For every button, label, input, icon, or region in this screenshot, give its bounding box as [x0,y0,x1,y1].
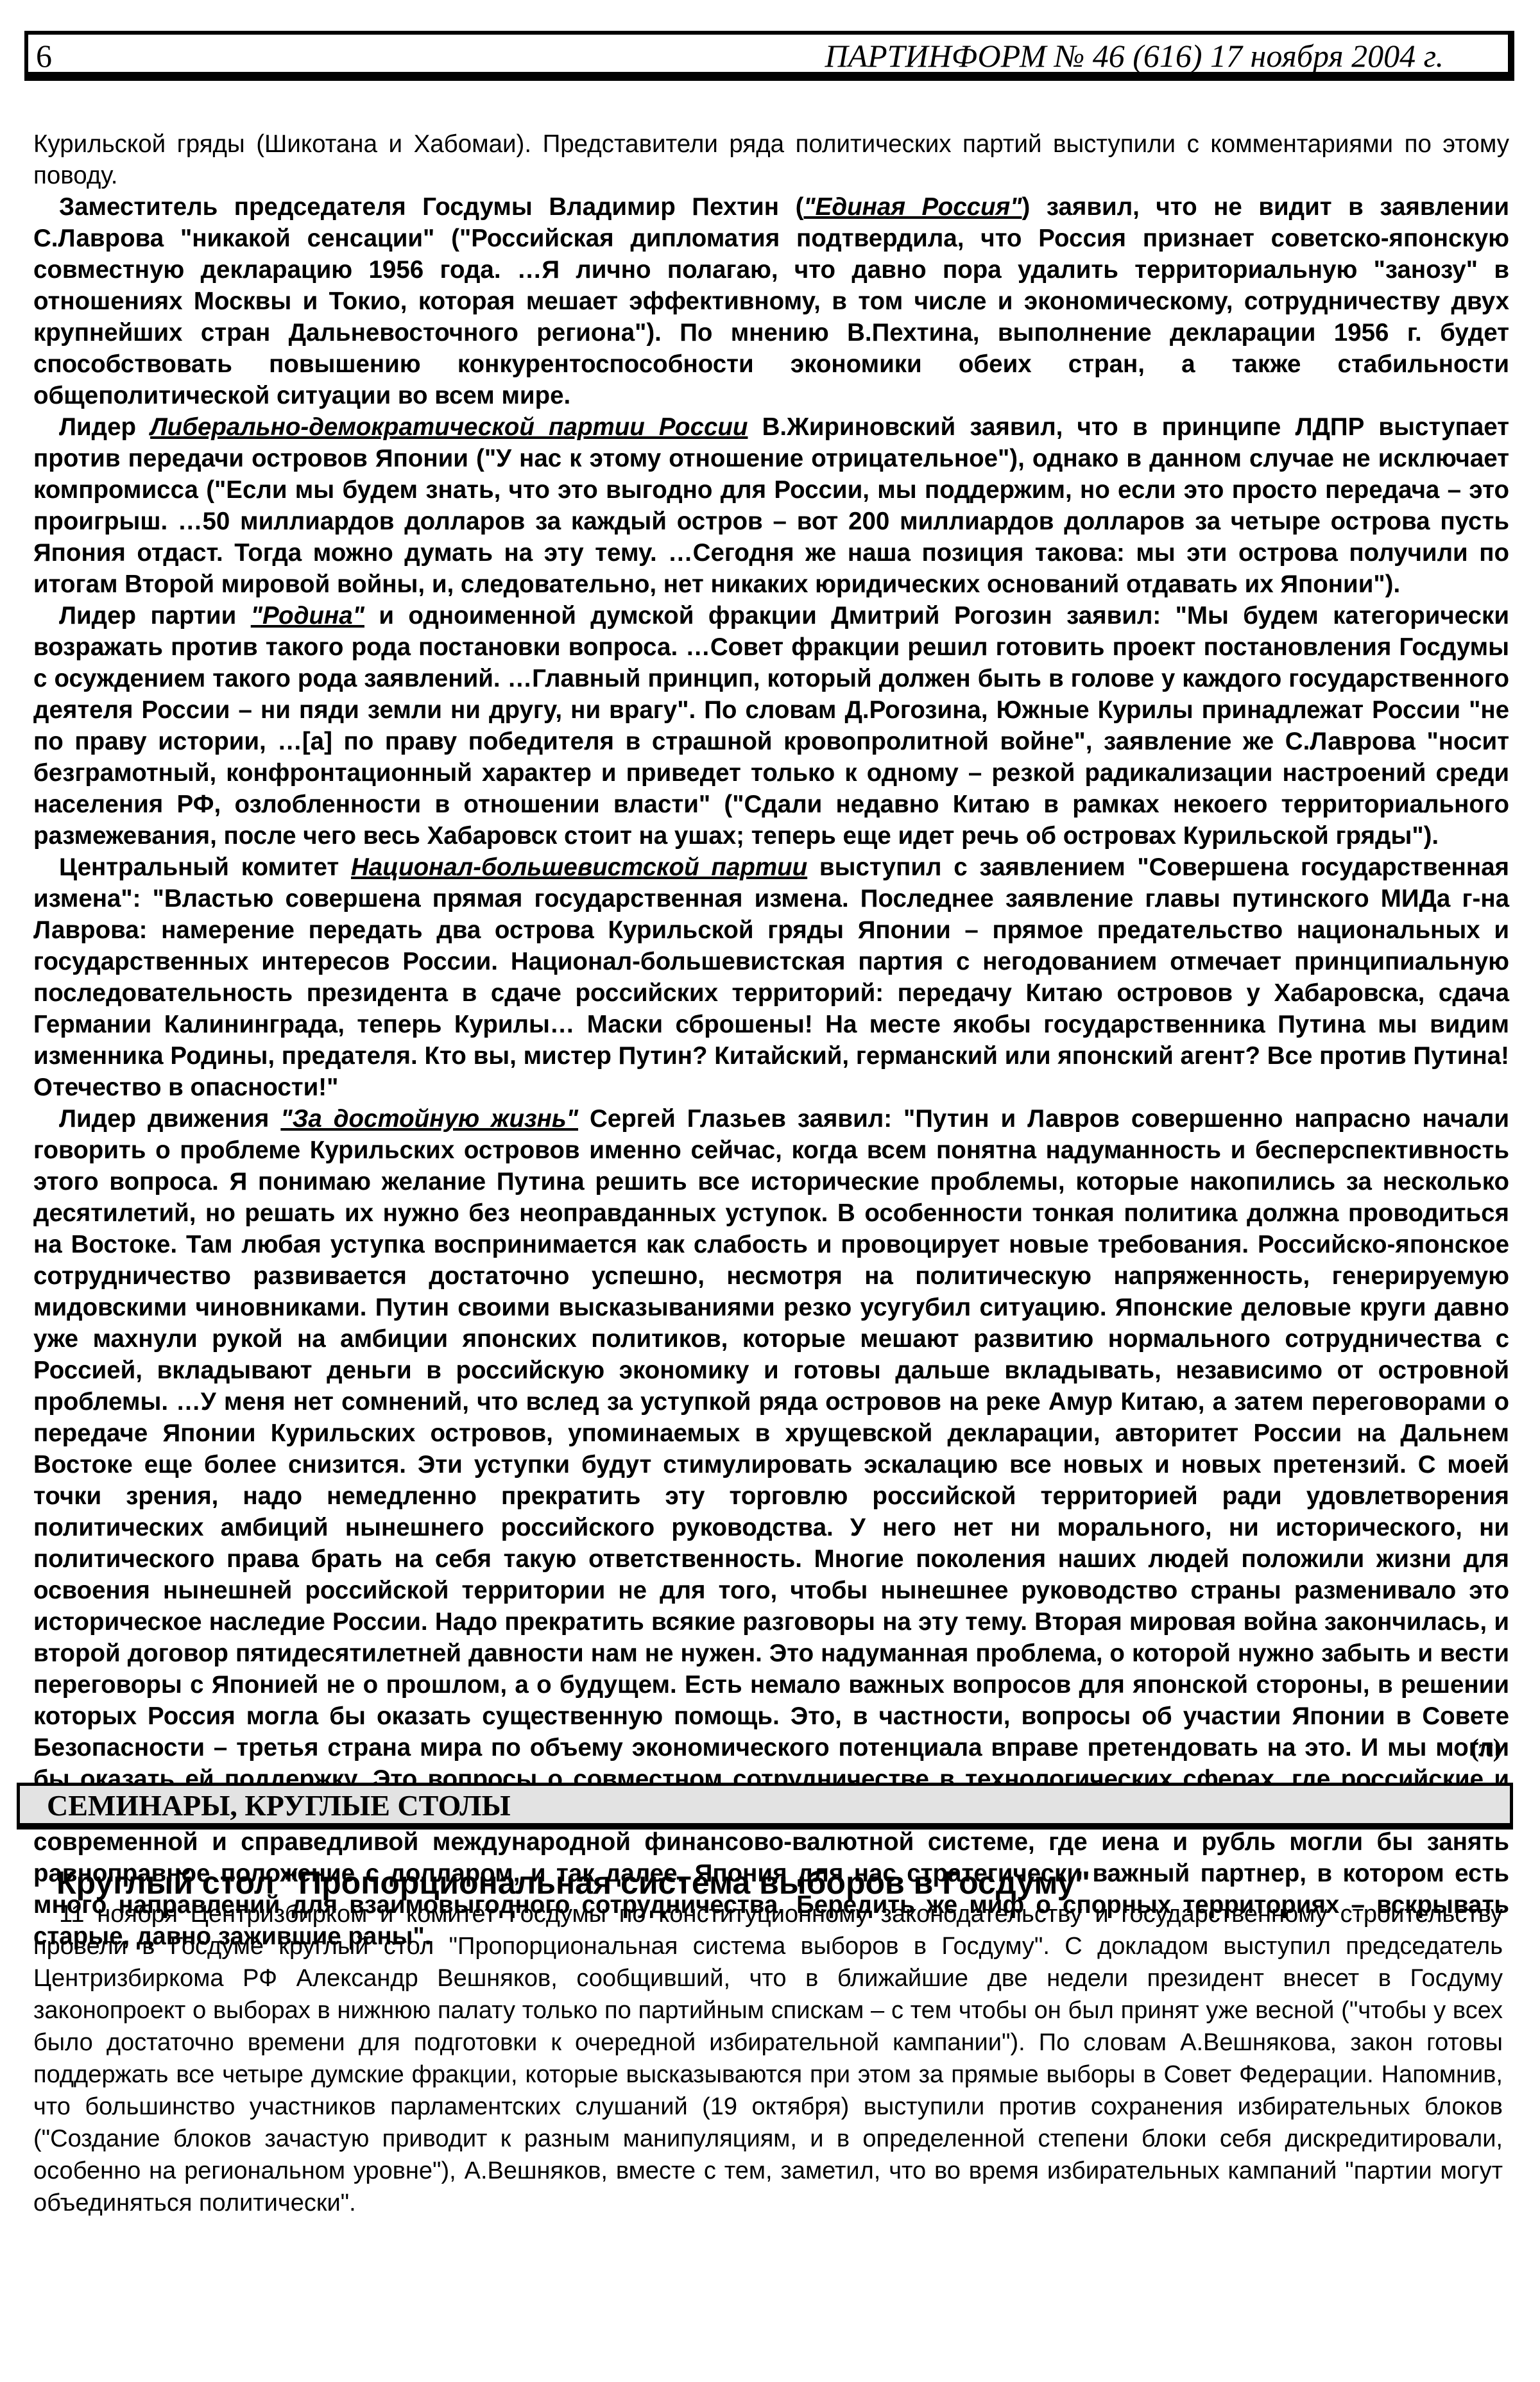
section-header: СЕМИНАРЫ, КРУГЛЫЕ СТОЛЫ [17,1783,1513,1829]
page-header: 6 ПАРТИНФОРМ № 46 (616) 17 ноября 2004 г… [24,31,1514,81]
text: и одноименной думской фракции Дмитрий Ро… [33,602,1509,850]
paragraph-rogozin: Лидер партии "Родина" и одноименной думс… [33,600,1509,852]
text: В.Жириновский заявил, что в принципе ЛДП… [33,413,1509,598]
link-nbp[interactable]: Национал-большевистской партии [351,853,807,881]
link-ldpr[interactable]: Либерально-демократической партии России [150,413,748,441]
author-signature: (π) [1470,1733,1502,1763]
article-continuation: Курильской гряды (Шикотана и Хабомаи). П… [33,128,1509,1952]
section-title: СЕМИНАРЫ, КРУГЛЫЕ СТОЛЫ [47,1788,511,1822]
publication-title: ПАРТИНФОРМ № 46 (616) 17 ноября 2004 г. [825,37,1444,74]
text: выступил с заявлением "Совершена государ… [33,853,1509,1101]
paragraph-nbp: Центральный комитет Национал-большевистс… [33,852,1509,1103]
text: Лидер партии [59,602,251,630]
text: Заместитель председателя Госдумы Владими… [59,193,803,221]
link-edinaya-rossiya[interactable]: "Единая Россия" [803,193,1022,221]
article-paragraph: 11 ноября Центризбирком и комитет Госдум… [33,1898,1503,2219]
text: Лидер [59,413,150,441]
text: ) заявил, что не видит в заявлении С.Лав… [33,193,1509,409]
link-rodina[interactable]: "Родина" [251,602,364,630]
text: Лидер движения [59,1105,280,1133]
page-number: 6 [36,37,52,74]
article-title: Круглый стол "Пропорциональная система в… [56,1864,1090,1901]
link-za-dostoynuyu-zhizn[interactable]: "За достойную жизнь" [280,1105,578,1133]
text: Центральный комитет [59,853,351,881]
intro-paragraph: Курильской гряды (Шикотана и Хабомаи). П… [33,128,1509,191]
article-body: 11 ноября Центризбирком и комитет Госдум… [33,1898,1503,2219]
paragraph-zhirinovsky: Лидер Либерально-демократической партии … [33,411,1509,600]
party-comments: Заместитель председателя Госдумы Владими… [33,191,1509,1952]
paragraph-pekhtin: Заместитель председателя Госдумы Владими… [33,191,1509,411]
